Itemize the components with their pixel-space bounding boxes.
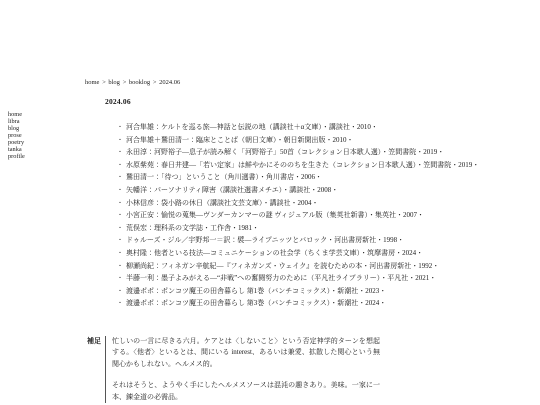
breadcrumb: home > blog > booklog > 2024.06 <box>85 79 181 86</box>
book-list-item: ・矢幡洋：パーソナリティ障害（講談社選書メチエ）・講談社・2008・ <box>117 185 537 198</box>
book-entry-text: 小宮正安：愉悦の蒐集—ヴンダーカンマーの謎 ヴィジュアル版（集英社新書）・集英社… <box>126 211 424 219</box>
main-content: 2024.06 ・河合隼雄：ケルトを巡る旅—神話と伝説の地（講談社＋α文庫）・講… <box>105 97 537 311</box>
sidebar: home libra blog prose poetry tanka profi… <box>8 111 25 160</box>
bullet-icon: ・ <box>117 201 123 207</box>
breadcrumb-current: 2024.06 <box>159 79 180 86</box>
book-entry-text: 矢幡洋：パーソナリティ障害（講談社選書メチエ）・講談社・2008・ <box>126 186 338 194</box>
sidebar-item-profile[interactable]: profile <box>8 153 25 160</box>
bullet-icon: ・ <box>117 163 123 169</box>
sidebar-item-libra[interactable]: libra <box>8 118 25 125</box>
sidebar-item-blog[interactable]: blog <box>8 125 25 132</box>
bullet-icon: ・ <box>117 125 123 131</box>
book-list: ・河合隼雄：ケルトを巡る旅—神話と伝説の地（講談社＋α文庫）・講談社・2010・… <box>117 122 537 311</box>
bullet-icon: ・ <box>117 301 123 307</box>
supplement-label: 補足 <box>87 336 101 346</box>
bullet-icon: ・ <box>117 150 123 156</box>
book-list-item: ・渡邊ポポ：ポンコツ魔王の田舎暮らし 第3巻（バンチコミックス）・新潮社・202… <box>117 298 537 311</box>
breadcrumb-separator: > <box>153 79 157 86</box>
bullet-icon: ・ <box>117 226 123 232</box>
supplement-paragraph: 忙しいの一言に尽きる六月。ケアとは〈しないこと〉という否定神学的ターンを想起する… <box>112 336 380 370</box>
breadcrumb-home[interactable]: home <box>85 79 99 86</box>
book-entry-text: 半藤一利：墨子よみがえる—“非戦”への奮闘努力のために（平凡社ライブラリー）・平… <box>126 274 436 282</box>
book-entry-text: 河合隼雄：ケルトを巡る旅—神話と伝説の地（講談社＋α文庫）・講談社・2010・ <box>126 123 378 131</box>
bullet-icon: ・ <box>117 238 123 244</box>
book-entry-text: 渡邊ポポ：ポンコツ魔王の田舎暮らし 第1巻（バンチコミックス）・新潮社・2023… <box>126 287 386 295</box>
page-title: 2024.06 <box>105 97 537 106</box>
sidebar-item-poetry[interactable]: poetry <box>8 139 25 146</box>
bullet-icon: ・ <box>117 251 123 257</box>
book-entry-text: 永田淳：河野裕子—息子が読み解く「河野裕子」50首（コレクション日本歌人選）・笠… <box>126 148 444 156</box>
book-entry-text: 奥村隆：他者といる技法—コミュニケーションの社会学（ちくま学芸文庫）・筑摩書房・… <box>126 249 423 257</box>
sidebar-item-prose[interactable]: prose <box>8 132 25 139</box>
book-list-item: ・河合隼雄＋鷲田清一：臨床とことば（朝日文庫）・朝日新聞出版・2010・ <box>117 135 537 148</box>
book-entry-text: 渡邊ポポ：ポンコツ魔王の田舎暮らし 第3巻（バンチコミックス）・新潮社・2024… <box>126 299 386 307</box>
bullet-icon: ・ <box>117 138 123 144</box>
book-list-item: ・水原紫苑：春日井建—「若い定家」は鮮やかにそののちを生きた（コレクション日本歌… <box>117 160 537 173</box>
bullet-icon: ・ <box>117 213 123 219</box>
book-list-item: ・ドゥルーズ・ジル／宇野邦一＝訳：襞—ライプニッツとバロック・河出書房新社・19… <box>117 235 537 248</box>
breadcrumb-blog[interactable]: blog <box>108 79 120 86</box>
book-list-item: ・荒俣宏：理科系の文学誌・工作舎・1981・ <box>117 223 537 236</box>
supplement-section: 補足 忙しいの一言に尽きる六月。ケアとは〈しないこと〉という否定神学的ターンを想… <box>87 336 380 403</box>
bullet-icon: ・ <box>117 264 123 270</box>
book-entry-text: 柳瀬尚紀：フィネガン辛航紀—『フィネガンズ・ウェイク』を読むための本・河出書房新… <box>126 262 439 270</box>
supplement-body: 忙しいの一言に尽きる六月。ケアとは〈しないこと〉という否定神学的ターンを想起する… <box>105 336 380 403</box>
book-list-item: ・鷲田清一：「待つ」ということ（角川選書）・角川書店・2006・ <box>117 172 537 185</box>
bullet-icon: ・ <box>117 289 123 295</box>
supplement-paragraph: それはそうと、ようやく手にしたヘルメスソースは混沌の趣きあり。美味。一家に一本、… <box>112 380 380 403</box>
sidebar-item-home[interactable]: home <box>8 111 25 118</box>
book-list-item: ・永田淳：河野裕子—息子が読み解く「河野裕子」50首（コレクション日本歌人選）・… <box>117 147 537 160</box>
bullet-icon: ・ <box>117 276 123 282</box>
breadcrumb-separator: > <box>102 79 106 86</box>
book-list-item: ・半藤一利：墨子よみがえる—“非戦”への奮闘努力のために（平凡社ライブラリー）・… <box>117 273 537 286</box>
book-list-item: ・小宮正安：愉悦の蒐集—ヴンダーカンマーの謎 ヴィジュアル版（集英社新書）・集英… <box>117 210 537 223</box>
bullet-icon: ・ <box>117 175 123 181</box>
book-entry-text: 鷲田清一：「待つ」ということ（角川選書）・角川書店・2006・ <box>126 173 322 181</box>
book-list-item: ・奥村隆：他者といる技法—コミュニケーションの社会学（ちくま学芸文庫）・筑摩書房… <box>117 248 537 261</box>
book-list-item: ・小林信彦：袋小路の休日（講談社文芸文庫）・講談社・2004・ <box>117 198 537 211</box>
book-list-item: ・渡邊ポポ：ポンコツ魔王の田舎暮らし 第1巻（バンチコミックス）・新潮社・202… <box>117 286 537 299</box>
book-entry-text: 小林信彦：袋小路の休日（講談社文芸文庫）・講談社・2004・ <box>126 199 319 207</box>
book-list-item: ・柳瀬尚紀：フィネガン辛航紀—『フィネガンズ・ウェイク』を読むための本・河出書房… <box>117 261 537 274</box>
book-list-item: ・河合隼雄：ケルトを巡る旅—神話と伝説の地（講談社＋α文庫）・講談社・2010・ <box>117 122 537 135</box>
book-entry-text: 荒俣宏：理科系の文学誌・工作舎・1981・ <box>126 224 259 232</box>
book-entry-text: ドゥルーズ・ジル／宇野邦一＝訳：襞—ライプニッツとバロック・河出書房新社・199… <box>126 236 404 244</box>
breadcrumb-booklog[interactable]: booklog <box>129 79 150 86</box>
book-entry-text: 水原紫苑：春日井建—「若い定家」は鮮やかにそののちを生きた（コレクション日本歌人… <box>126 161 479 169</box>
breadcrumb-separator: > <box>123 79 127 86</box>
sidebar-item-tanka[interactable]: tanka <box>8 146 25 153</box>
book-entry-text: 河合隼雄＋鷲田清一：臨床とことば（朝日文庫）・朝日新聞出版・2010・ <box>126 136 354 144</box>
bullet-icon: ・ <box>117 188 123 194</box>
